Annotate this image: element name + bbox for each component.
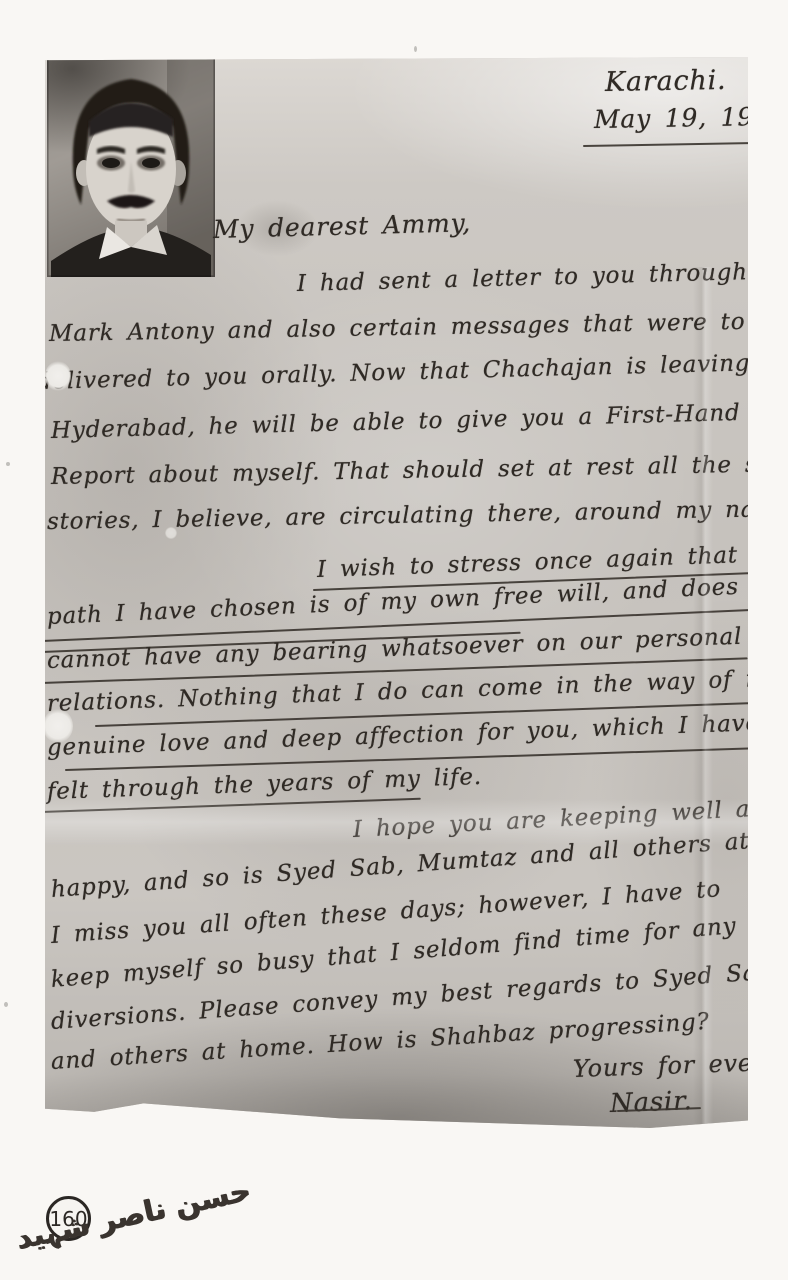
letter-place: Karachi. (605, 65, 727, 98)
letter-line: Report about myself. That should set at … (51, 451, 748, 490)
letter-line: stories, I believe, are circulating ther… (47, 496, 748, 535)
scan-speck (414, 46, 417, 52)
letter-line: delivered to you orally. Now that Chacha… (45, 349, 748, 395)
letter-closing: Yours for ever, (573, 1048, 748, 1083)
paper-crease-vertical (693, 267, 713, 1128)
letter-line: I had sent a letter to you through (297, 259, 748, 297)
paper-hole-spot (165, 527, 177, 539)
paper-crease-horizontal (45, 799, 748, 845)
letter-line-underlined: relations. Nothing that I do can come in… (47, 665, 748, 717)
letter-line-underlined: path I have chosen is of my own free wil… (46, 571, 748, 630)
urdu-calligraphy-hasan-nasir-shaheed: حسن ناصر شہید (88, 1161, 257, 1253)
scan-speck (6, 462, 10, 466)
portrait-photo-image (47, 57, 215, 277)
scanned-book-page: Karachi. May 19, 1949. My dearest Ammy, … (0, 0, 788, 1280)
letter-signature: Nasir. (609, 1086, 693, 1119)
portrait-photo (47, 57, 215, 277)
paper-hole-spot (45, 361, 71, 391)
letter-line: Mark Antony and also certain messages th… (49, 308, 748, 347)
hand-underline-date (583, 142, 748, 147)
letter-salutation: My dearest Ammy, (213, 208, 472, 244)
scan-speck (4, 1002, 8, 1007)
letter-line-underlined: cannot have any bearing whatsoever on ou… (47, 624, 743, 674)
letter-line: Hyderabad, he will be able to give you a… (51, 400, 741, 444)
letter-date: May 19, 1949. (594, 101, 748, 134)
letter-scan: Karachi. May 19, 1949. My dearest Ammy, … (45, 57, 748, 1128)
